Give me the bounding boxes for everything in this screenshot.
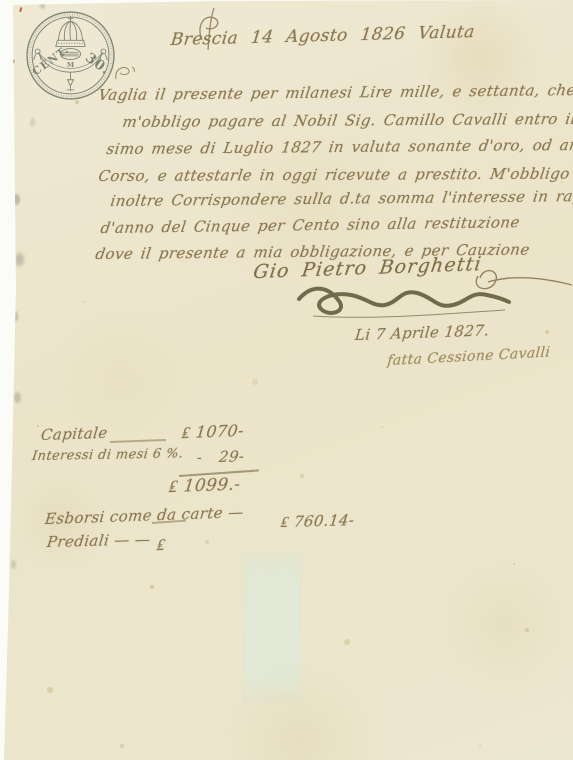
total-amount: ₤ 1099.- xyxy=(168,475,242,498)
interessi-label: Interessi di mesi 6 %. xyxy=(31,446,184,464)
body-superscript-flourish xyxy=(112,63,138,83)
red-wax-speck xyxy=(9,59,15,67)
paper-sheet: CENT. 30. M Brescia 14 Agosto 1826 Valut… xyxy=(0,0,573,760)
capitale-label: Capitale xyxy=(40,424,109,444)
body-line: simo mese di Luglio 1827 in valuta sonan… xyxy=(105,135,573,158)
scan-surface: CENT. 30. M Brescia 14 Agosto 1826 Valut… xyxy=(0,0,573,760)
stamp-crown-icon xyxy=(56,16,85,46)
foxing-spots xyxy=(0,0,4,4)
body-line: Corso, e attestarle in oggi ricevute a p… xyxy=(97,165,571,185)
stamp-monogram: M xyxy=(67,61,74,69)
body-line: inoltre Corrispondere sulla d.ta somma l… xyxy=(109,187,573,210)
signature-flourish xyxy=(295,277,513,321)
body-line: m'obbligo pagare al Nobil Sig. Camillo C… xyxy=(121,109,573,131)
fold-strip xyxy=(243,552,301,704)
edge-smudge-marks xyxy=(0,0,5,9)
prediali-label: Prediali — — xyxy=(46,530,151,551)
cession-note: fatta Cessione Cavalli xyxy=(387,344,551,369)
body-line: Vaglia il presente per milanesi Lire mil… xyxy=(97,80,573,104)
second-dateline: Li 7 Aprile 1827. xyxy=(354,321,490,344)
esborsi-amount: ₤ 760.14- xyxy=(280,511,356,532)
capitale-amount: ₤ 1070- xyxy=(181,421,245,443)
esborsi-label: Esborsi come da carte — xyxy=(44,503,244,528)
stamp-cent-text: CENT. xyxy=(30,43,72,79)
interessi-dot: - xyxy=(197,450,202,466)
prediali-amount: ₤ xyxy=(156,535,167,555)
leader-line xyxy=(110,439,166,442)
body-line: d'anno del Cinque per Cento sino alla re… xyxy=(99,213,521,237)
interessi-amount: 29- xyxy=(218,447,245,466)
